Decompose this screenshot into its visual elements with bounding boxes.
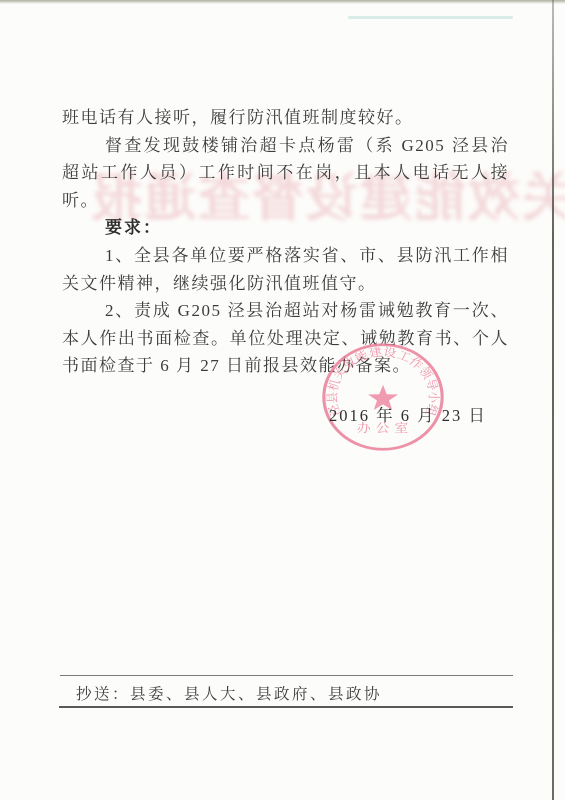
paragraph-continuation: 班电话有人接听，履行防汛值班制度较好。: [62, 104, 509, 132]
date-line: 2016 年 6 月 23 日: [329, 402, 487, 426]
scan-edge-right: [552, 0, 554, 800]
footer-rule-top: [60, 675, 513, 676]
paragraph-requirement-1: 1、全县各单位要严格落实省、市、县防汛工作相关文件精神，继续强化防汛值班值守。: [62, 242, 509, 297]
requirements-heading: 要求：: [62, 214, 509, 242]
official-seal: 泾县机关效能建设工作领导小组 办公室: [314, 336, 452, 458]
cc-line: 抄送：县委、县人大、县政府、县政协: [76, 682, 382, 704]
paragraph-inspection-finding: 督查发现鼓楼铺治超卡点杨雷（系 G205 泾县治超站工作人员）工作时间不在岗，且…: [62, 132, 509, 215]
footer-rule-bottom: [59, 706, 513, 708]
document-page: 泾县机关效能建设督查通报 班电话有人接听，履行防汛值班制度较好。 督查发现鼓楼铺…: [0, 0, 565, 800]
scan-edge-top: [0, 0, 565, 4]
scan-streak: [348, 16, 513, 19]
